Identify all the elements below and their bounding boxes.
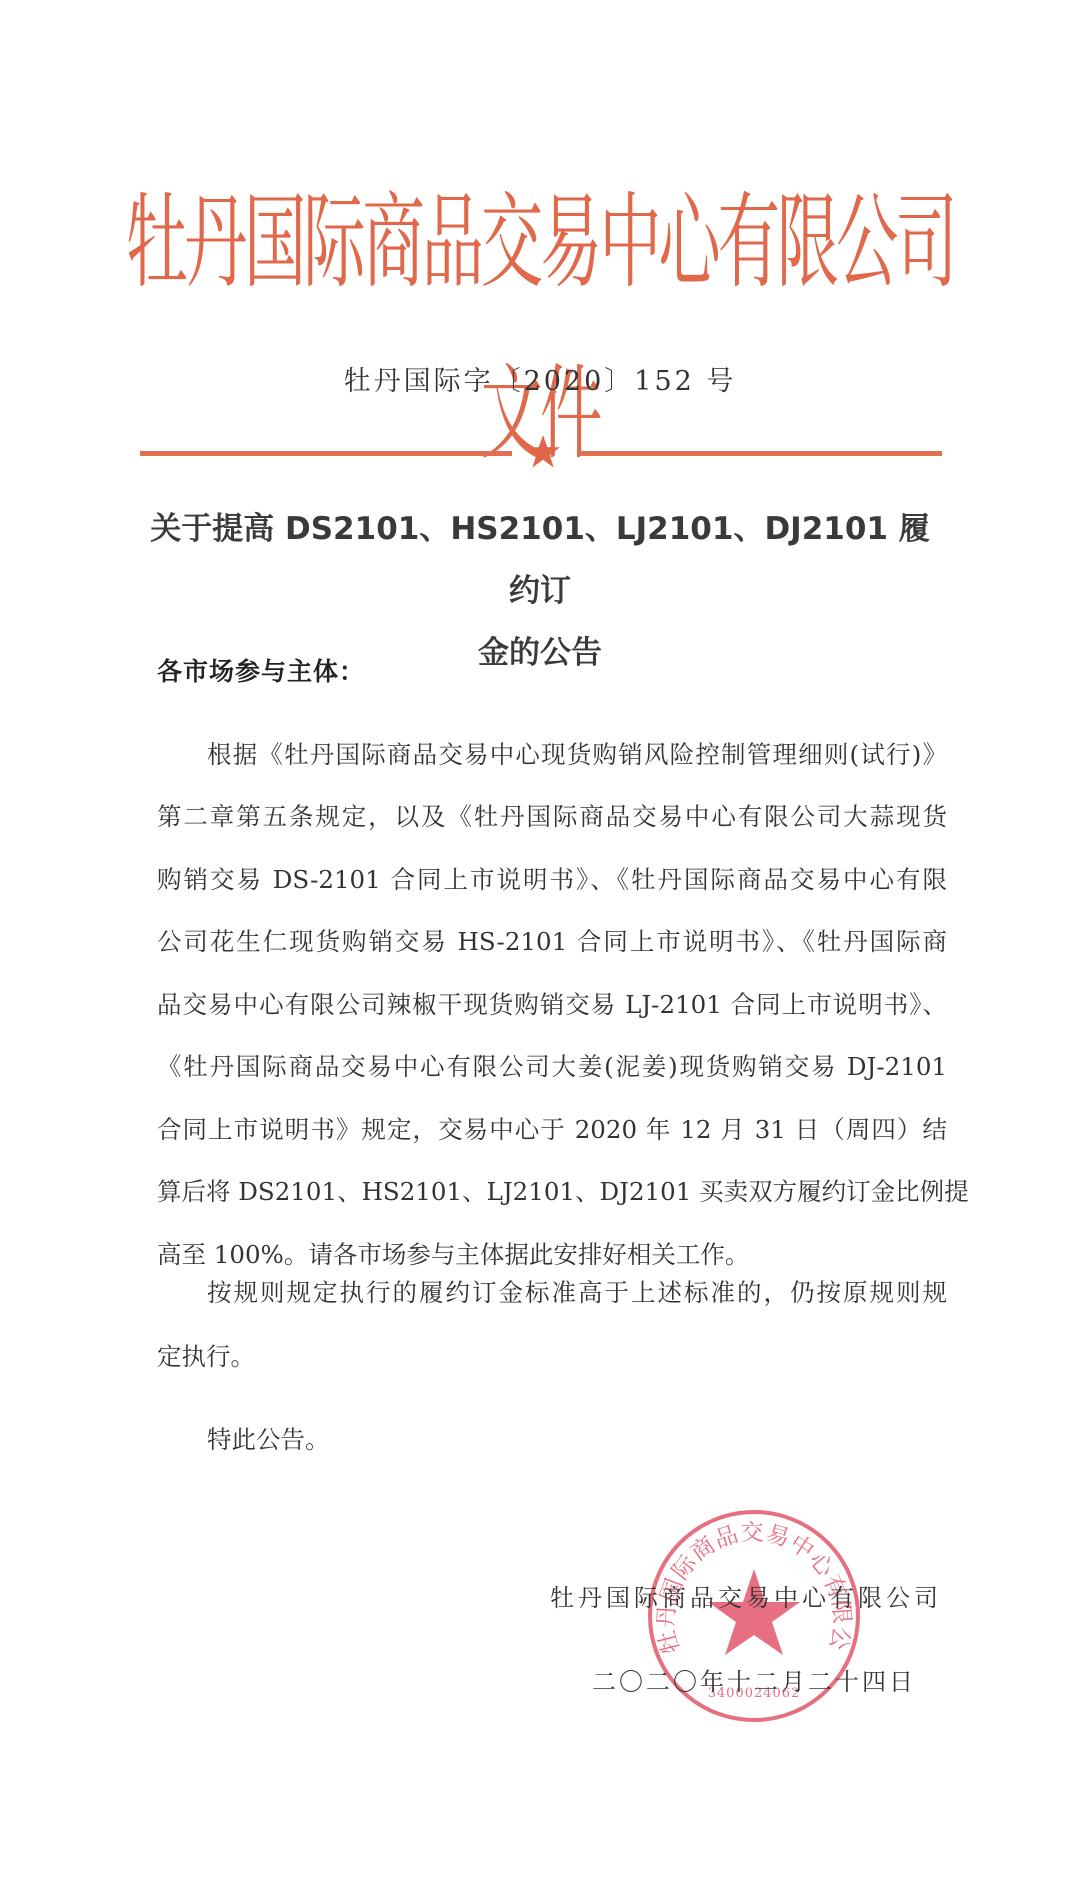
paragraph-1-line: 购销交易 DS-2101 合同上市说明书》、《牡丹国际商品交易中心有限 (157, 860, 947, 900)
paragraph-2-line: 按规则规定执行的履约订金标准高于上述标准的，仍按原规则规 (207, 1273, 947, 1313)
star-icon (525, 434, 561, 470)
paragraph-1-line: 合同上市说明书》规定，交易中心于 2020 年 12 月 31 日（周四）结 (157, 1110, 947, 1150)
paragraph-1-line: 公司花生仁现货购销交易 HS-2101 合同上市说明书》、《牡丹国际商 (157, 922, 947, 962)
notice-title-line-1: 关于提高 DS2101、HS2101、LJ2101、DJ2101 履约订 (150, 498, 930, 622)
paragraph-1-line: 第二章第五条规定，以及《牡丹国际商品交易中心有限公司大蒜现货 (157, 797, 947, 837)
signature-organization: 牡丹国际商品交易中心有限公司 (550, 1578, 942, 1618)
header-rule-left (140, 451, 512, 456)
document-number: 牡丹国际字〔2020〕152 号 (0, 362, 1080, 402)
salutation: 各市场参与主体： (157, 652, 365, 692)
paragraph-1-line: 品交易中心有限公司辣椒干现货购销交易 LJ-2101 合同上市说明书》、 (157, 985, 947, 1025)
header-rule-right (577, 451, 942, 456)
paragraph-1-line: 《牡丹国际商品交易中心有限公司大姜(泥姜)现货购销交易 DJ-2101 (157, 1047, 947, 1087)
signature-date: 二〇二〇年十二月二十四日 (592, 1662, 916, 1702)
paragraph-2-line: 定执行。 (157, 1337, 947, 1377)
paragraph-1-line: 根据《牡丹国际商品交易中心现货购销风险控制管理细则(试行)》 (207, 735, 947, 775)
paragraph-1-line: 算后将 DS2101、HS2101、LJ2101、DJ2101 买卖双方履约订金… (157, 1172, 947, 1212)
closing-statement: 特此公告。 (207, 1420, 947, 1460)
paragraph-1-line: 高至 100%。请各市场参与主体据此安排好相关工作。 (157, 1235, 947, 1275)
